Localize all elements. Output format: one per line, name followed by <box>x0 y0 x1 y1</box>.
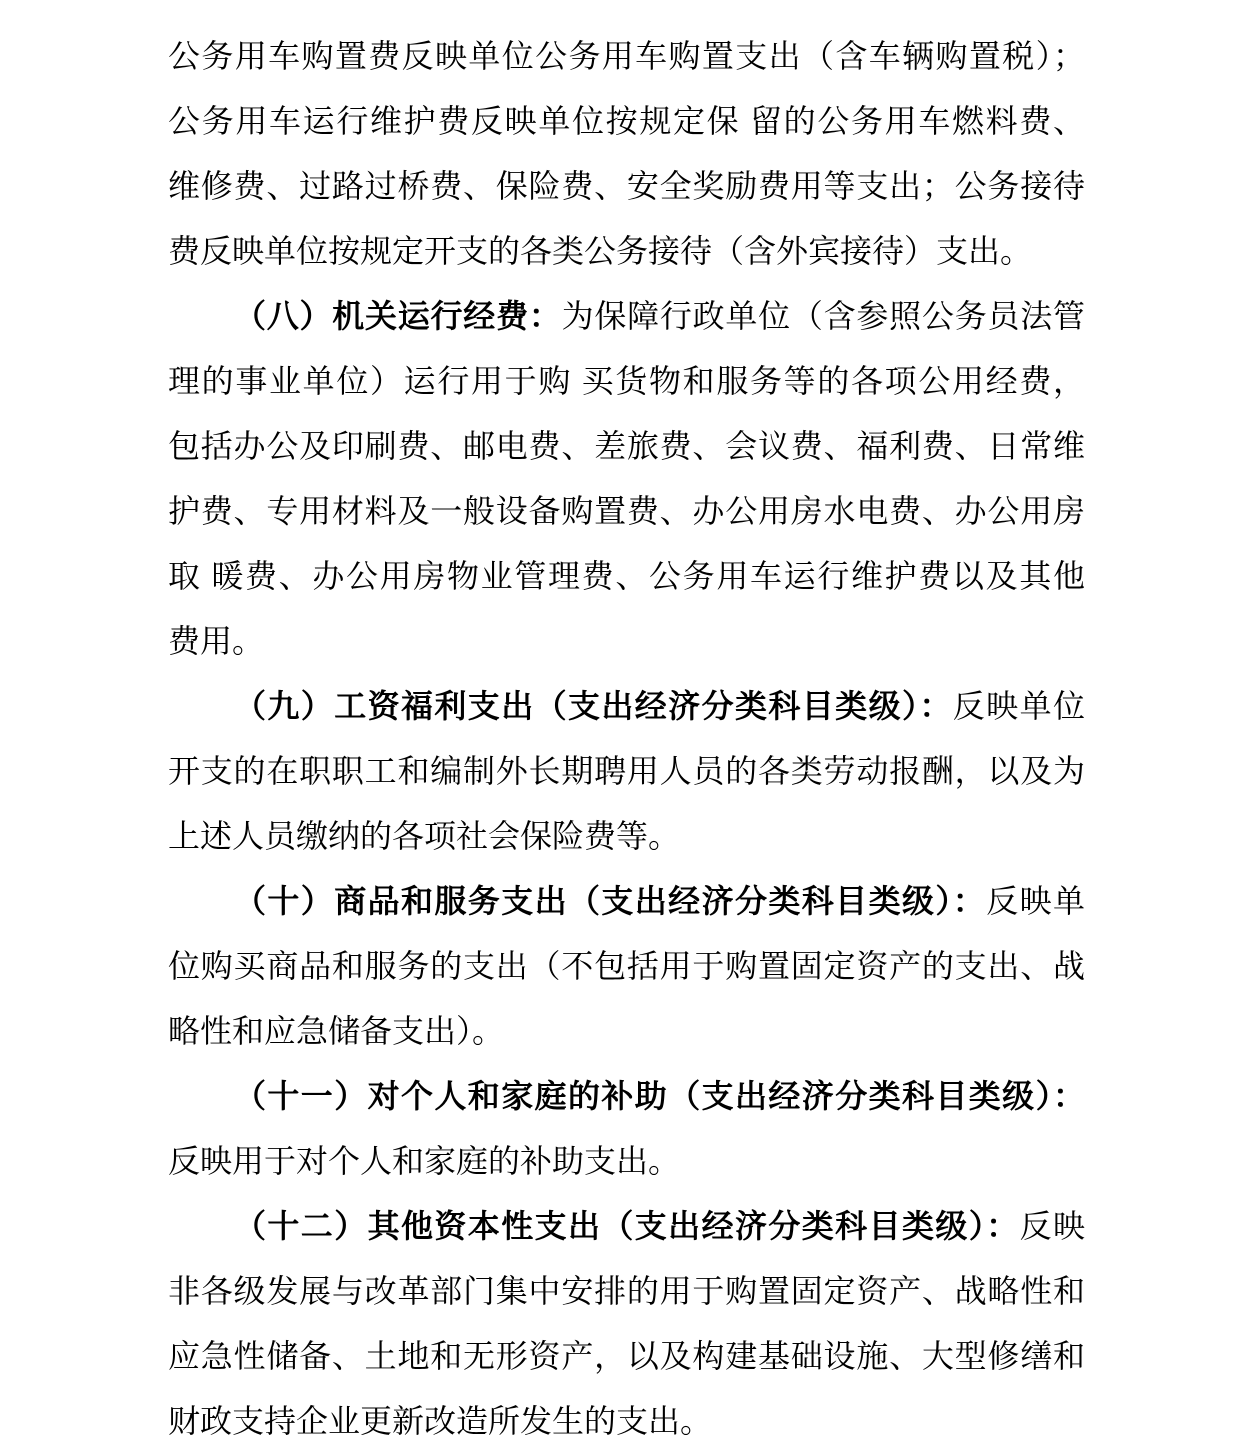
text-line-10: 费用。 <box>168 609 1085 674</box>
text-line-19: （十二）其他资本性支出（支出经济分类科目类级）：反映 <box>168 1194 1085 1259</box>
text-run: 费用。 <box>168 623 264 659</box>
text-line-1: 公务用车购置费反映单位公务用车购置支出（含车辆购置税）； <box>168 24 1085 89</box>
text-run: 财政支持企业更新改造所发生的支出。 <box>168 1403 712 1439</box>
text-line-3: 维修费、过路过桥费、保险费、安全奖励费用等支出；公务接待 <box>168 154 1085 219</box>
text-line-14: （十）商品和服务支出（支出经济分类科目类级）：反映单 <box>168 869 1085 934</box>
text-run: 包括办公及印刷费、邮电费、差旅费、会议费、福利费、日常维 <box>168 428 1085 464</box>
heading-run: （十）商品和服务支出（支出经济分类科目类级）： <box>234 883 986 919</box>
text-line-17: （十一）对个人和家庭的补助（支出经济分类科目类级）： <box>168 1064 1085 1129</box>
text-run: 位购买商品和服务的支出（不包括用于购置固定资产的支出、战 <box>168 948 1085 984</box>
heading-run: （十一）对个人和家庭的补助（支出经济分类科目类级）： <box>234 1078 1085 1114</box>
text-line-20: 非各级发展与改革部门集中安排的用于购置固定资产、战略性和 <box>168 1259 1085 1324</box>
heading-run: （八）机关运行经费： <box>234 298 562 334</box>
text-line-6: 理的事业单位）运行用于购 买货物和服务等的各项公用经费， <box>168 349 1085 414</box>
text-line-5: （八）机关运行经费：为保障行政单位（含参照公务员法管 <box>168 284 1085 349</box>
text-line-22: 财政支持企业更新改造所发生的支出。 <box>168 1389 1085 1451</box>
text-run: 反映用于对个人和家庭的补助支出。 <box>168 1143 680 1179</box>
text-run: 理的事业单位）运行用于购 买货物和服务等的各项公用经费， <box>168 363 1085 399</box>
text-line-13: 上述人员缴纳的各项社会保险费等。 <box>168 804 1085 869</box>
text-run: 开支的在职职工和编制外长期聘用人员的各类劳动报酬，以及为 <box>168 753 1085 789</box>
text-run: 为保障行政单位（含参照公务员法管 <box>562 298 1085 334</box>
text-line-4: 费反映单位按规定开支的各类公务接待（含外宾接待）支出。 <box>168 219 1085 284</box>
document-text-block: 公务用车购置费反映单位公务用车购置支出（含车辆购置税）；公务用车运行维护费反映单… <box>168 24 1085 1451</box>
heading-run: （九）工资福利支出（支出经济分类科目类级）： <box>234 688 953 724</box>
text-run: 公务用车运行维护费反映单位按规定保 留的公务用车燃料费、 <box>168 103 1085 139</box>
text-line-15: 位购买商品和服务的支出（不包括用于购置固定资产的支出、战 <box>168 934 1085 999</box>
text-line-21: 应急性储备、土地和无形资产，以及构建基础设施、大型修缮和 <box>168 1324 1085 1389</box>
text-run: 上述人员缴纳的各项社会保险费等。 <box>168 818 680 854</box>
text-line-18: 反映用于对个人和家庭的补助支出。 <box>168 1129 1085 1194</box>
text-line-16: 略性和应急储备支出）。 <box>168 999 1085 1064</box>
text-line-2: 公务用车运行维护费反映单位按规定保 留的公务用车燃料费、 <box>168 89 1085 154</box>
heading-run: （十二）其他资本性支出（支出经济分类科目类级）： <box>234 1208 1020 1244</box>
text-line-11: （九）工资福利支出（支出经济分类科目类级）：反映单位 <box>168 674 1085 739</box>
text-run: 反映单 <box>986 883 1085 919</box>
text-run: 维修费、过路过桥费、保险费、安全奖励费用等支出；公务接待 <box>168 168 1085 204</box>
text-run: 护费、专用材料及一般设备购置费、办公用房水电费、办公用房 <box>168 493 1085 529</box>
text-run: 反映单位 <box>953 688 1085 724</box>
text-run: 反映 <box>1020 1208 1085 1244</box>
text-run: 公务用车购置费反映单位公务用车购置支出（含车辆购置税）； <box>168 38 1085 74</box>
document-page: 公务用车购置费反映单位公务用车购置支出（含车辆购置税）；公务用车运行维护费反映单… <box>0 0 1241 1451</box>
text-run: 取 暖费、办公用房物业管理费、公务用车运行维护费以及其他 <box>168 558 1085 594</box>
text-line-12: 开支的在职职工和编制外长期聘用人员的各类劳动报酬，以及为 <box>168 739 1085 804</box>
text-run: 非各级发展与改革部门集中安排的用于购置固定资产、战略性和 <box>168 1273 1085 1309</box>
text-run: 费反映单位按规定开支的各类公务接待（含外宾接待）支出。 <box>168 233 1032 269</box>
text-line-7: 包括办公及印刷费、邮电费、差旅费、会议费、福利费、日常维 <box>168 414 1085 479</box>
text-run: 应急性储备、土地和无形资产，以及构建基础设施、大型修缮和 <box>168 1338 1085 1374</box>
text-run: 略性和应急储备支出）。 <box>168 1013 504 1049</box>
text-line-9: 取 暖费、办公用房物业管理费、公务用车运行维护费以及其他 <box>168 544 1085 609</box>
text-line-8: 护费、专用材料及一般设备购置费、办公用房水电费、办公用房 <box>168 479 1085 544</box>
